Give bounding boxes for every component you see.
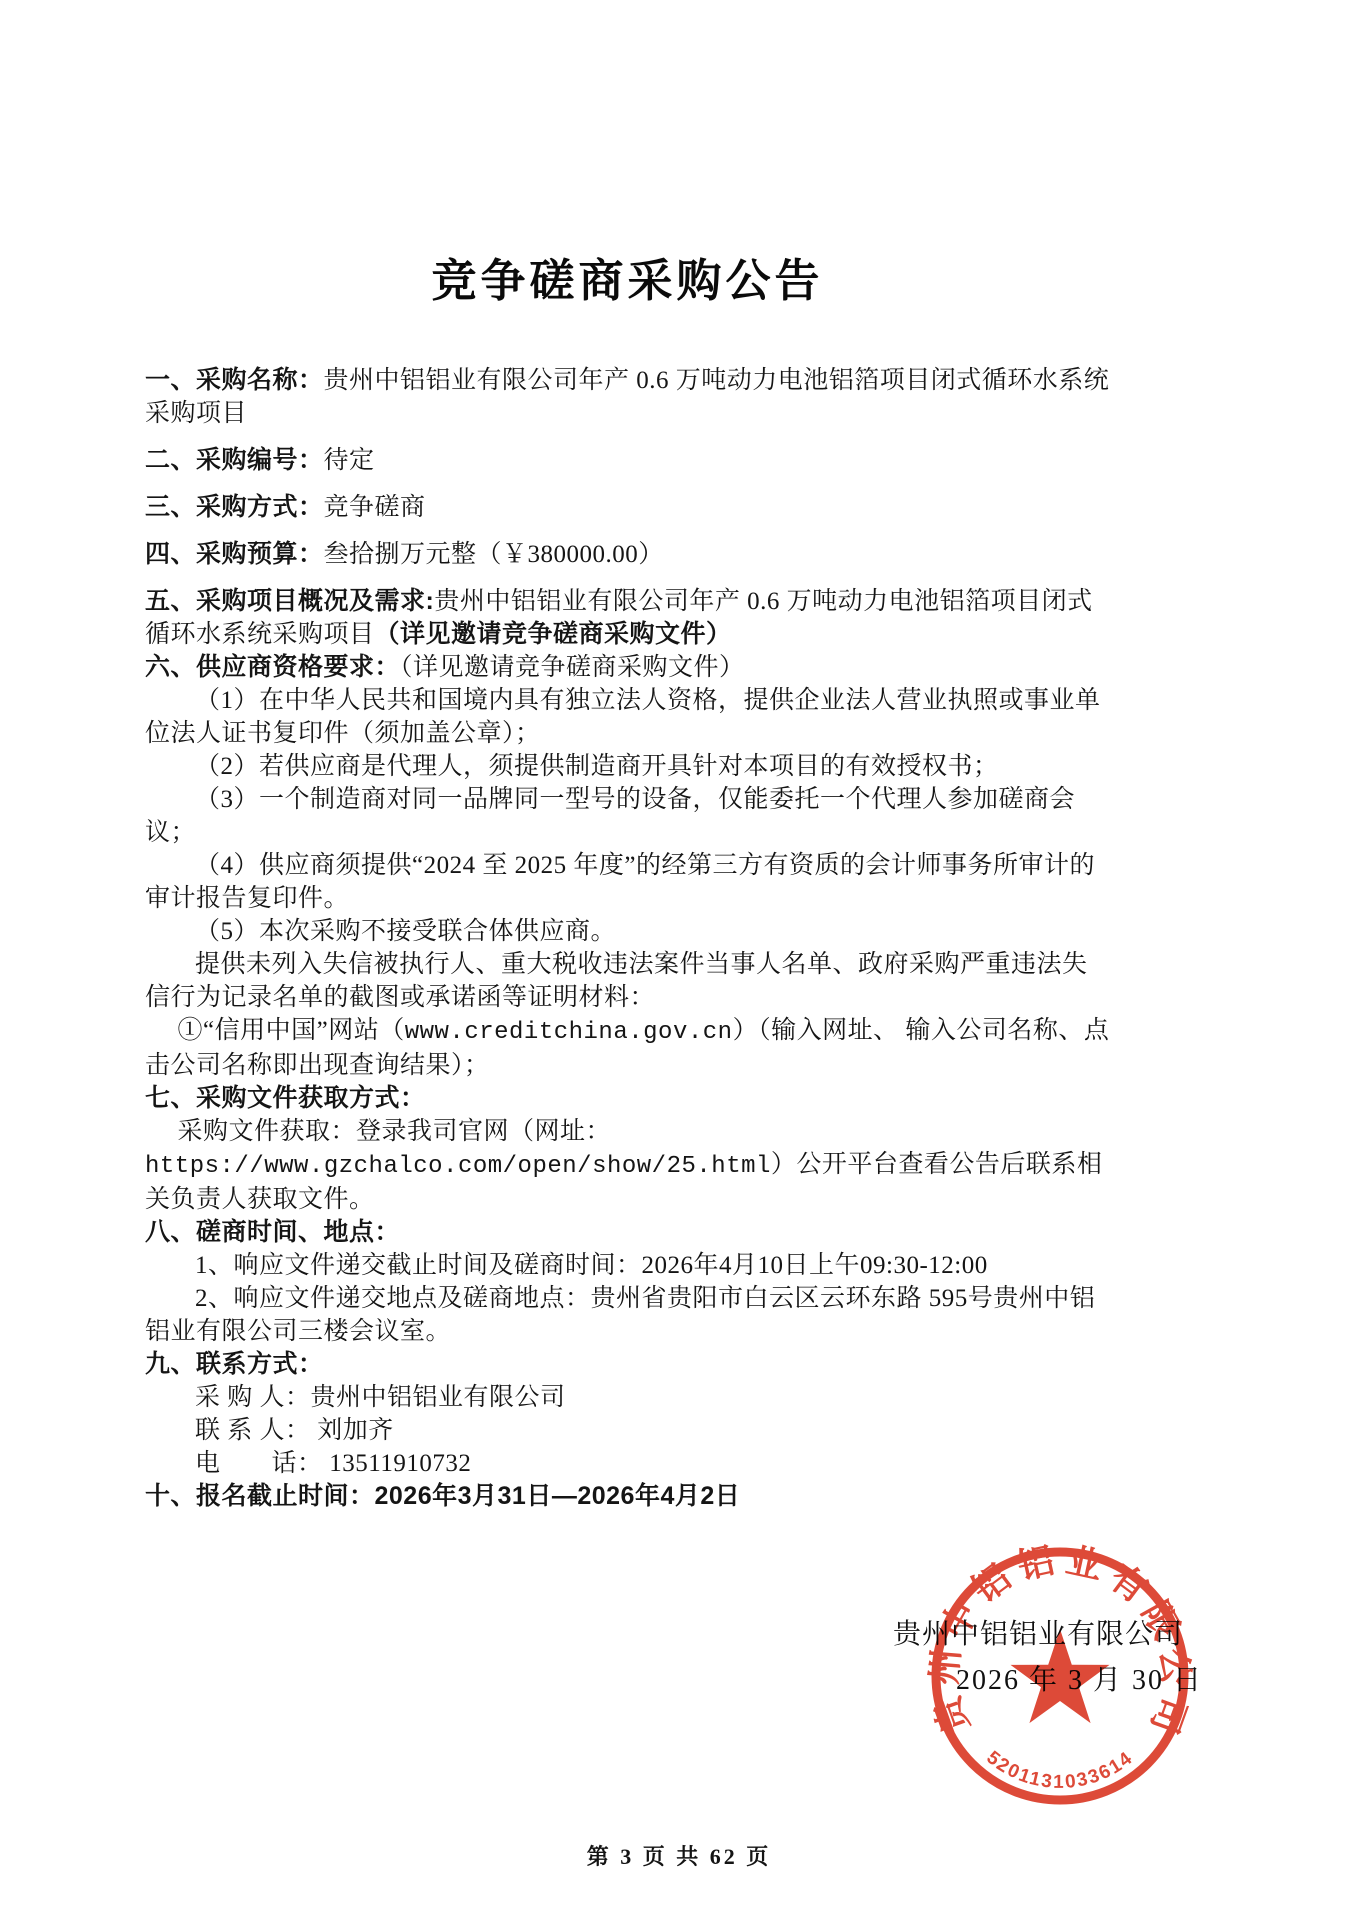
doc-paragraph: 四、采购预算：叁拾捌万元整（￥380000.00） [145,538,1110,571]
text-segment: （4）供应商须提供“2024 至 2025 年度”的经第三方有资质的会计师事务所… [145,852,1095,912]
text-segment: 四、采购预算： [145,540,324,568]
doc-paragraph: （3）一个制造商对同一品牌同一型号的设备，仅能委托一个代理人参加磋商会议； [145,783,1110,849]
document-page: 竞争磋商采购公告 一、采购名称：贵州中铝铝业有限公司年产 0.6 万吨动力电池铝… [0,0,1358,1920]
text-segment: 五、采购项目概况及需求: [145,587,434,615]
doc-paragraph: 十、报名截止时间：2026年3月31日—2026年4月2日 [145,1480,1110,1513]
page-number-footer: 第 3 页 共 62 页 [0,1840,1358,1871]
text-segment: 采 购 人：贵州中铝铝业有限公司 [195,1384,566,1411]
text-segment: 三、采购方式： [145,493,324,521]
text-segment: www.creditchina.gov.cn [405,1019,733,1046]
text-segment: 提供未列入失信被执行人、重大税收违法案件当事人名单、政府采购严重违法失信行为记录… [145,951,1088,1011]
text-segment: 六、供应商资格要求： [145,653,400,681]
text-segment: （1）在中华人民共和国境内具有独立法人资格，提供企业法人营业执照或事业单位法人证… [145,687,1101,747]
doc-paragraph: 五、采购项目概况及需求:贵州中铝铝业有限公司年产 0.6 万吨动力电池铝箔项目闭… [145,585,1110,651]
text-segment: 1、响应文件递交截止时间及磋商时间：2026年4月10日上午09:30-12:0… [195,1252,988,1279]
text-segment: 二、采购编号： [145,446,324,474]
doc-paragraph: 提供未列入失信被执行人、重大税收违法案件当事人名单、政府采购严重违法失信行为记录… [145,948,1110,1014]
text-segment: 2、响应文件递交地点及磋商地点：贵州省贵阳市白云区云环东路 595号贵州中铝铝业… [145,1285,1095,1345]
doc-paragraph: 联 系 人： 刘加齐 [145,1414,1110,1447]
doc-paragraph: 2、响应文件递交地点及磋商地点：贵州省贵阳市白云区云环东路 595号贵州中铝铝业… [145,1282,1110,1348]
paragraphs: 一、采购名称：贵州中铝铝业有限公司年产 0.6 万吨动力电池铝箔项目闭式循环水系… [145,364,1110,1513]
text-segment: （详见邀请竞争磋商采购文件） [375,620,732,648]
text-segment: （5）本次采购不接受联合体供应商。 [195,918,616,945]
doc-paragraph: 电 话： 13511910732 [145,1447,1110,1480]
text-segment: https://www.gzchalco.com/open/show/25.ht… [145,1153,771,1180]
text-segment: 待定 [324,447,375,474]
star-icon [1011,1629,1110,1723]
doc-paragraph: 九、联系方式： [145,1348,1110,1381]
doc-paragraph: 七、采购文件获取方式： [145,1082,1110,1115]
doc-paragraph: 一、采购名称：贵州中铝铝业有限公司年产 0.6 万吨动力电池铝箔项目闭式循环水系… [145,364,1110,430]
text-segment: 一、采购名称： [145,366,324,394]
doc-paragraph: ①“信用中国”网站（www.creditchina.gov.cn）（输入网址、 … [145,1014,1110,1082]
text-segment: 采购文件获取：登录我司官网（网址： [178,1118,612,1145]
document-content: 竞争磋商采购公告 一、采购名称：贵州中铝铝业有限公司年产 0.6 万吨动力电池铝… [145,0,1110,1513]
doc-paragraph: 八、磋商时间、地点： [145,1216,1110,1249]
text-segment: 八、磋商时间、地点： [145,1218,400,1246]
doc-paragraph: （2）若供应商是代理人，须提供制造商开具针对本项目的有效授权书； [145,750,1110,783]
text-segment: 联 系 人： 刘加齐 [195,1417,394,1444]
doc-paragraph: （4）供应商须提供“2024 至 2025 年度”的经第三方有资质的会计师事务所… [145,849,1110,915]
text-segment: 竞争磋商 [324,494,426,521]
doc-paragraph: 采购文件获取：登录我司官网（网址：https://www.gzchalco.co… [145,1115,1110,1216]
text-segment: （3）一个制造商对同一品牌同一型号的设备，仅能委托一个代理人参加磋商会议； [145,786,1075,846]
doc-paragraph: 采 购 人：贵州中铝铝业有限公司 [145,1381,1110,1414]
doc-paragraph: 三、采购方式：竞争磋商 [145,491,1110,524]
doc-paragraph: 1、响应文件递交截止时间及磋商时间：2026年4月10日上午09:30-12:0… [145,1249,1110,1282]
text-segment: 九、联系方式： [145,1350,324,1378]
text-segment: 叁拾捌万元整（￥380000.00） [324,541,664,568]
text-segment: 电 话： 13511910732 [195,1450,471,1477]
doc-paragraph: 六、供应商资格要求：（详见邀请竞争磋商采购文件） [145,651,1110,684]
page-title: 竞争磋商采购公告 [145,254,1110,308]
doc-paragraph: 二、采购编号：待定 [145,444,1110,477]
text-segment: （2）若供应商是代理人，须提供制造商开具针对本项目的有效授权书； [195,753,999,780]
text-segment: （详见邀请竞争磋商采购文件） [400,654,745,681]
doc-paragraph: （1）在中华人民共和国境内具有独立法人资格，提供企业法人营业执照或事业单位法人证… [145,684,1110,750]
text-segment: 十、报名截止时间：2026年3月31日—2026年4月2日 [145,1482,740,1510]
doc-paragraph: （5）本次采购不接受联合体供应商。 [145,915,1110,948]
company-seal-stamp: 贵州中铝铝业有限公司 5201131033614 [925,1541,1195,1811]
text-segment: ①“信用中国”网站（ [178,1017,405,1044]
text-segment: 七、采购文件获取方式： [145,1084,426,1112]
